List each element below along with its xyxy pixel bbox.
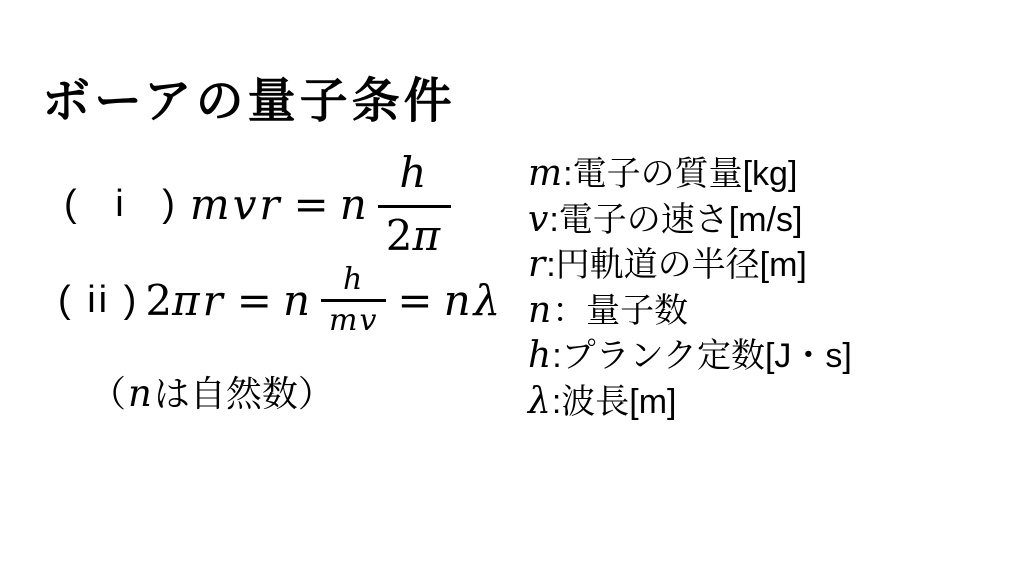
formula-circumference-wavelength: ( ii ) 2 πr = n h mv = nλ — [58, 250, 503, 350]
legend-desc-radius: :円軌道の半径[m] — [546, 243, 807, 289]
legend-symbol-lambda: λ — [528, 384, 551, 420]
formula-1-lhs: mvr — [190, 180, 283, 229]
equals-icon: = — [294, 180, 329, 229]
fraction-denominator: mv — [321, 302, 386, 337]
numerator-h: h — [399, 150, 429, 196]
note-symbol-n: n — [128, 370, 152, 418]
formula-1-numbering: ( i ) — [64, 180, 184, 229]
formula-2-rhs: nλ — [444, 276, 504, 325]
formula-2-numbering: ( ii ) — [58, 276, 139, 325]
denominator-mv: mv — [329, 305, 378, 337]
legend-desc-speed: :電子の速さ[m/s] — [549, 198, 802, 244]
legend-row-planck-constant: h:プランク定数[J・s] — [528, 334, 852, 380]
natural-number-note: （nは自然数） — [90, 370, 334, 418]
legend-row-radius: r:円軌道の半径[m] — [528, 243, 852, 289]
legend-row-mass: m:電子の質量[kg] — [528, 152, 852, 198]
legend-row-speed: v:電子の速さ[m/s] — [528, 198, 852, 244]
legend-desc-mass: :電子の質量[kg] — [563, 152, 797, 198]
formula-angular-momentum: ( i ) mvr = n h 2π — [64, 152, 451, 256]
fraction-numerator: h — [391, 150, 437, 205]
legend-desc-wavelength: :波長[m] — [552, 380, 677, 426]
legend-symbol-v: v — [528, 202, 548, 238]
note-text: は自然数 — [154, 371, 298, 418]
formula-2-coefficient: n — [283, 276, 313, 325]
legend-row-wavelength: λ:波長[m] — [528, 380, 852, 426]
fraction-numerator: h — [335, 264, 372, 299]
formula-1-coefficient: n — [340, 180, 370, 229]
symbol-legend: m:電子の質量[kg] v:電子の速さ[m/s] r:円軌道の半径[m] n：量… — [528, 152, 852, 425]
legend-symbol-h: h — [528, 338, 551, 374]
legend-symbol-n: n — [528, 293, 551, 329]
note-close-paren: ） — [298, 371, 334, 418]
legend-symbol-m: m — [528, 156, 562, 192]
equals-icon: = — [397, 276, 432, 325]
legend-row-quantum-number: n：量子数 — [528, 289, 852, 335]
numerator-h: h — [343, 264, 364, 296]
slide-canvas: ボーアの量子条件 ( i ) mvr = n h 2π ( ii ) 2 πr … — [0, 0, 1024, 576]
legend-desc-planck-constant: :プランク定数[J・s] — [552, 334, 852, 380]
note-open-paren: （ — [90, 371, 126, 418]
legend-desc-quantum-number: ：量子数 — [552, 289, 688, 335]
formula-2-lhs-digit: 2 — [145, 276, 172, 325]
fraction-h-over-2pi: h 2π — [378, 150, 451, 259]
slide-title: ボーアの量子条件 — [42, 72, 456, 132]
fraction-h-over-mv: h mv — [321, 264, 386, 337]
equals-icon: = — [237, 276, 272, 325]
formula-2-lhs-letters: πr — [172, 276, 226, 325]
legend-symbol-r: r — [528, 247, 545, 283]
